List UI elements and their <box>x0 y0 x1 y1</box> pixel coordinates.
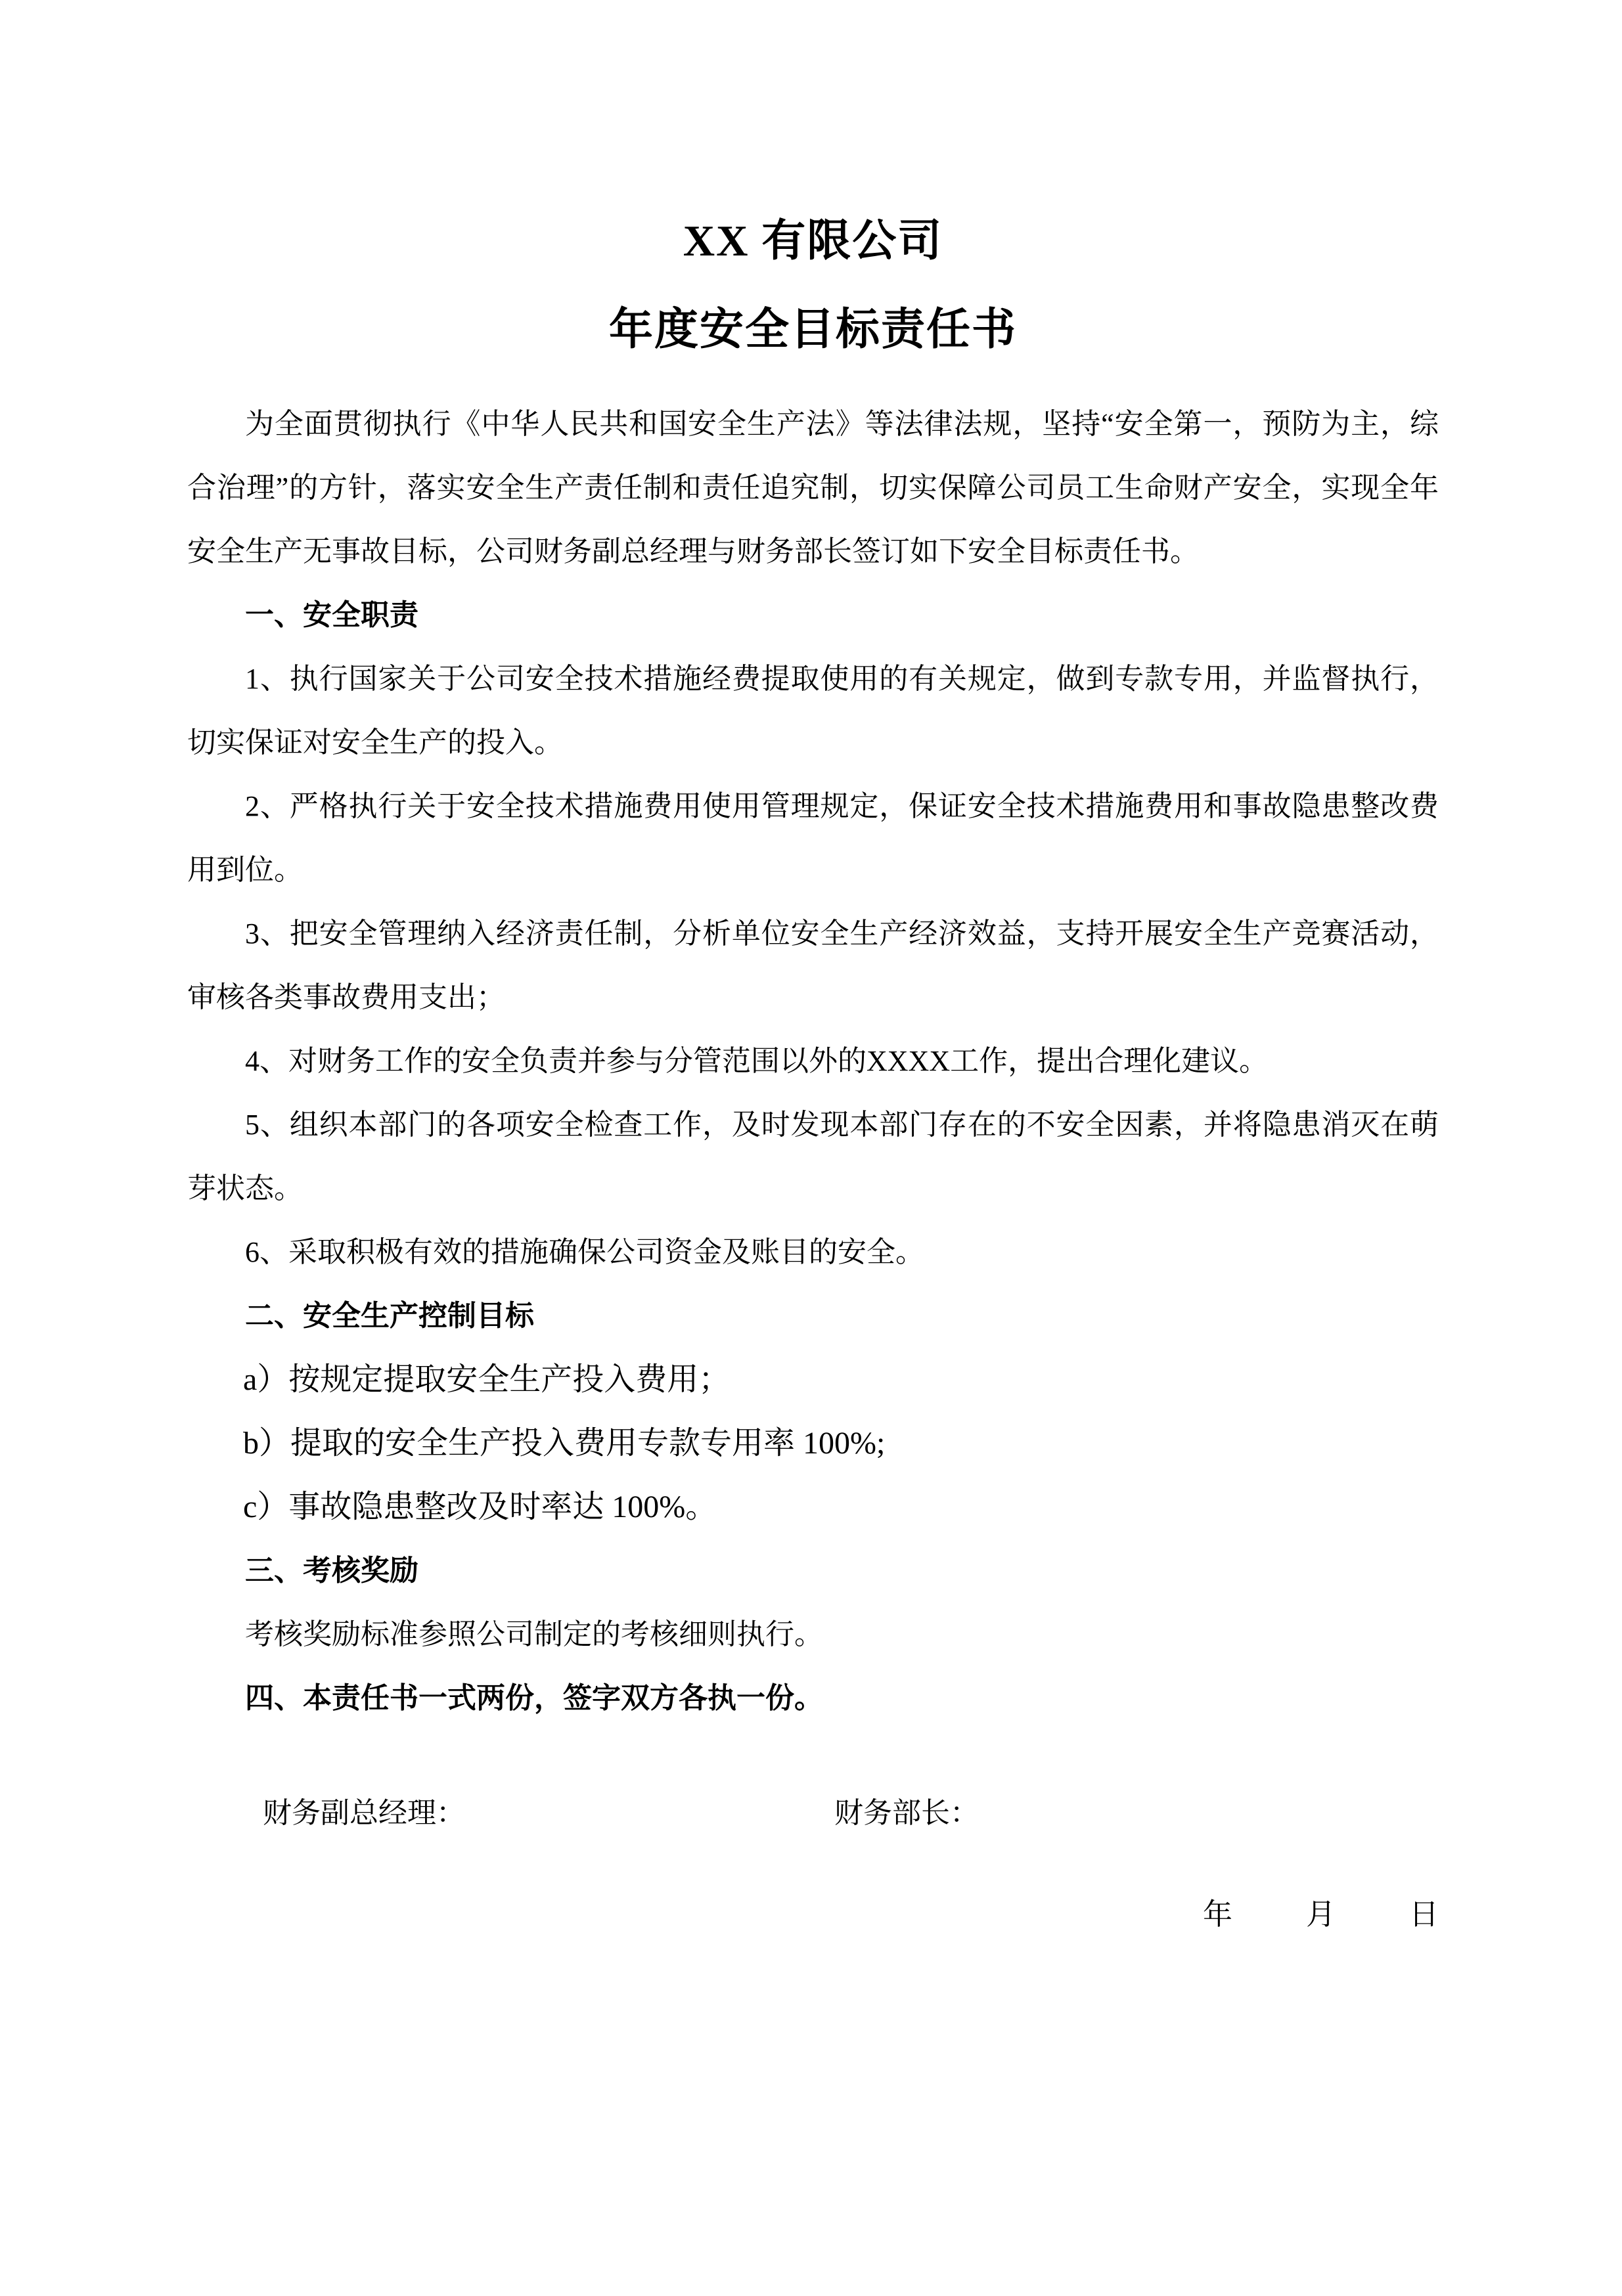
duty-item-6: 6、采取积极有效的措施确保公司资金及账目的安全。 <box>187 1220 1439 1284</box>
signature-row: 财务副总经理： 财务部长： <box>187 1781 1439 1845</box>
year-label: 年 <box>1203 1898 1232 1931</box>
section-assessment-heading: 三、考核奖励 <box>187 1539 1439 1602</box>
assessment-body: 考核奖励标准参照公司制定的考核细则执行。 <box>187 1602 1439 1666</box>
duty-item-3: 3、把安全管理纳入经济责任制，分析单位安全生产经济效益，支持开展安全生产竞赛活动… <box>187 902 1439 1029</box>
month-label: 月 <box>1306 1898 1336 1931</box>
duty-item-4: 4、对财务工作的安全负责并参与分管范围以外的XXXX工作，提出合理化建议。 <box>187 1029 1439 1093</box>
section-copies-heading: 四、本责任书一式两份，签字双方各执一份。 <box>187 1666 1439 1730</box>
company-name: XX 有限公司 <box>187 197 1439 286</box>
document-page: XX 有限公司 年度安全目标责任书 为全面贯彻执行《中华人民共和国安全生产法》等… <box>0 0 1622 2296</box>
finance-minister-signature-label: 财务部长： <box>834 1781 979 1845</box>
section-targets-heading: 二、安全生产控制目标 <box>187 1284 1439 1348</box>
target-item-a: a）按规定提取安全生产投入费用； <box>187 1348 1439 1411</box>
date-line: 年月日 <box>187 1883 1439 1947</box>
section-duties-heading: 一、安全职责 <box>187 583 1439 647</box>
deputy-gm-signature-label: 财务副总经理： <box>263 1781 465 1845</box>
intro-paragraph: 为全面贯彻执行《中华人民共和国安全生产法》等法律法规，坚持“安全第一，预防为主，… <box>187 392 1439 583</box>
day-label: 日 <box>1409 1898 1439 1931</box>
duty-item-5: 5、组织本部门的各项安全检查工作，及时发现本部门存在的不安全因素，并将隐患消灭在… <box>187 1093 1439 1220</box>
page-title: 年度安全目标责任书 <box>187 286 1439 374</box>
duty-item-1: 1、执行国家关于公司安全技术措施经费提取使用的有关规定，做到专款专用，并监督执行… <box>187 647 1439 774</box>
target-item-c: c）事故隐患整改及时率达 100%。 <box>187 1475 1439 1539</box>
target-item-b: b）提取的安全生产投入费用专款专用率 100%; <box>187 1411 1439 1475</box>
duty-item-2: 2、严格执行关于安全技术措施费用使用管理规定，保证安全技术措施费用和事故隐患整改… <box>187 774 1439 902</box>
